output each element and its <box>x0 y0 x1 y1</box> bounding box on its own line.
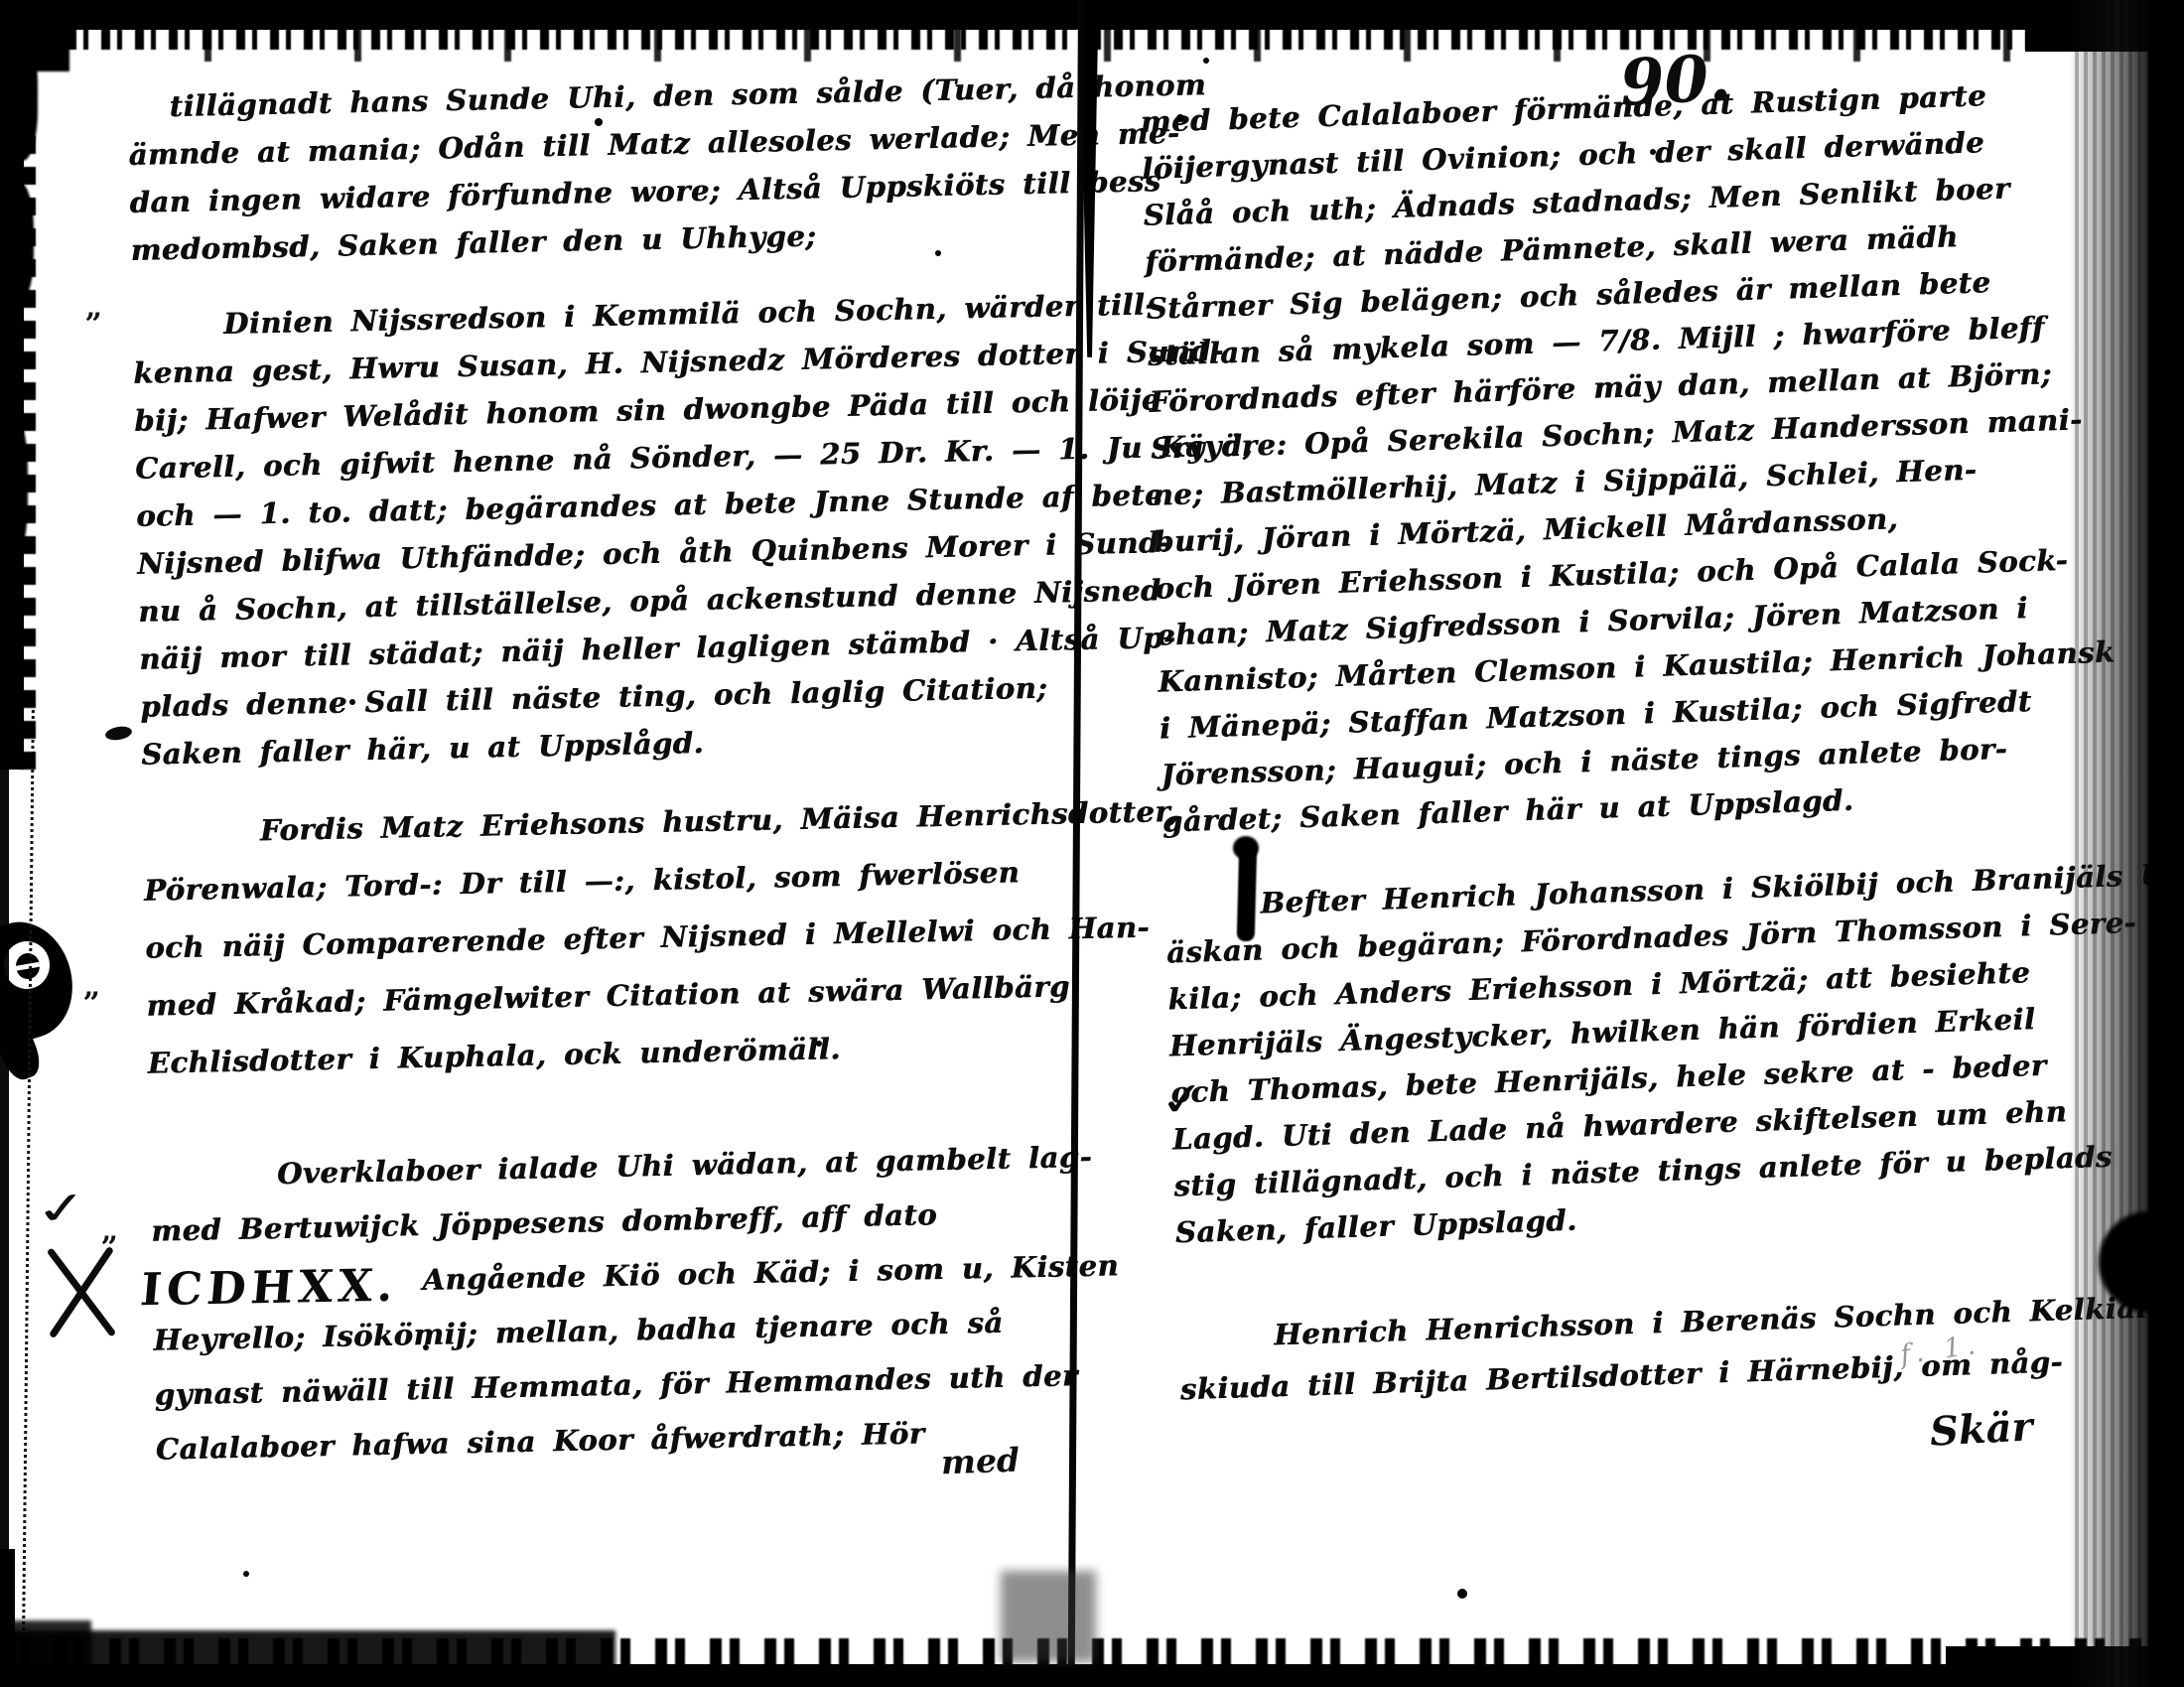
left-edge-blob <box>0 34 38 161</box>
bottom-left-corner-shadow <box>0 1620 91 1687</box>
paragraph-quote-mark: „ <box>85 290 102 325</box>
bottom-edge-shadow <box>0 1630 615 1672</box>
paragraph: tillägnadt hans Sunde Uhi, den som sålde… <box>127 65 1052 274</box>
large-inscription: ICDHXX. <box>138 1259 400 1317</box>
paragraph: Dinien Nijssredson i Kemmilä och Sochn, … <box>132 283 1063 778</box>
paragraph: Henrich Henrichsson i Berenäs Sochn och … <box>1177 1281 2173 1415</box>
paragraph-quote-mark: „ <box>83 969 100 1004</box>
ink-blot <box>1233 836 1259 860</box>
margin-dot-mark <box>104 725 133 742</box>
right-edge-shadow <box>2148 0 2184 1687</box>
left-edge-blob <box>0 183 34 302</box>
paragraph: med bete Calalaboer förmände, at Rustign… <box>1140 69 2155 846</box>
paragraph-quote-mark: „ <box>101 1213 118 1248</box>
right-page: med bete Calalaboer förmände, at Rustign… <box>1140 69 2173 1416</box>
paragraph: Befter Henrich Johansson i Skiölbij och … <box>1164 852 2168 1256</box>
catchword-left: med <box>940 1441 1020 1482</box>
gutter-bottom-noise <box>1001 1571 1096 1662</box>
noise-specks <box>0 0 6 6</box>
cross-mark-icon <box>40 1241 123 1344</box>
manuscript-scan: tillägnadt hans Sunde Uhi, den som sålde… <box>0 0 2184 1687</box>
checkmark-icon: ✓ <box>30 1182 94 1237</box>
left-edge-blob <box>0 417 28 556</box>
checkmark-icon: ✓ <box>1157 1070 1209 1128</box>
catchword-right: Skär <box>1929 1403 2034 1455</box>
stitch-line <box>22 697 35 1648</box>
paragraph: Fordis Matz Eriehsons hustru, Mäisa Henr… <box>142 784 1069 1091</box>
